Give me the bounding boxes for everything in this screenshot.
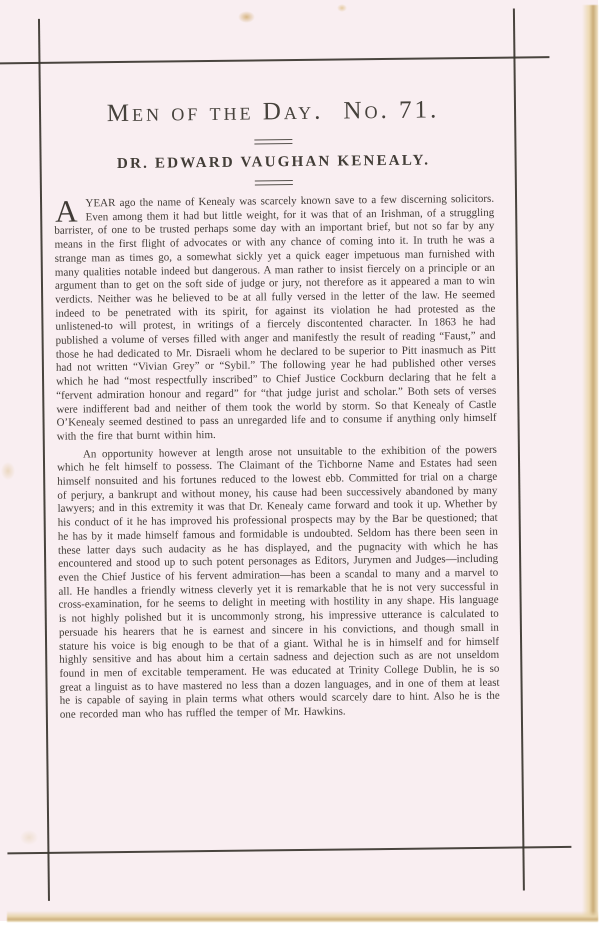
divider-rule-bottom	[255, 180, 293, 185]
frame-rule-left	[38, 19, 50, 901]
issue-number: No. 71.	[343, 93, 439, 128]
frame-rule-right	[513, 9, 525, 891]
masthead: Men of the Day.No. 71.	[52, 0, 493, 132]
frame-rule-bottom	[7, 846, 571, 854]
paragraph-text: An opportunity however at length arose n…	[57, 443, 500, 720]
article-title: DR. EDWARD VAUGHAN KENEALY.	[54, 151, 494, 175]
article-body: AYEAR ago the name of Kenealy was scarce…	[54, 193, 500, 723]
paper-sheet: Men of the Day.No. 71. DR. EDWARD VAUGHA…	[0, 0, 598, 921]
drop-cap: A	[55, 198, 78, 224]
paragraph: AYEAR ago the name of Kenealy was scarce…	[54, 193, 497, 445]
print-area: Men of the Day.No. 71. DR. EDWARD VAUGHA…	[0, 0, 600, 924]
scanned-page: Men of the Day.No. 71. DR. EDWARD VAUGHA…	[0, 0, 600, 925]
paragraph-text: YEAR ago the name of Kenealy was scarcel…	[54, 193, 496, 443]
divider-rule-top	[254, 139, 292, 144]
series-title: Men of the Day.	[107, 98, 324, 127]
text-column: Men of the Day.No. 71. DR. EDWARD VAUGHA…	[52, 0, 500, 722]
paragraph: An opportunity however at length arose n…	[57, 443, 500, 722]
page-edge-right	[582, 5, 598, 921]
page-edge-bottom	[7, 911, 598, 922]
